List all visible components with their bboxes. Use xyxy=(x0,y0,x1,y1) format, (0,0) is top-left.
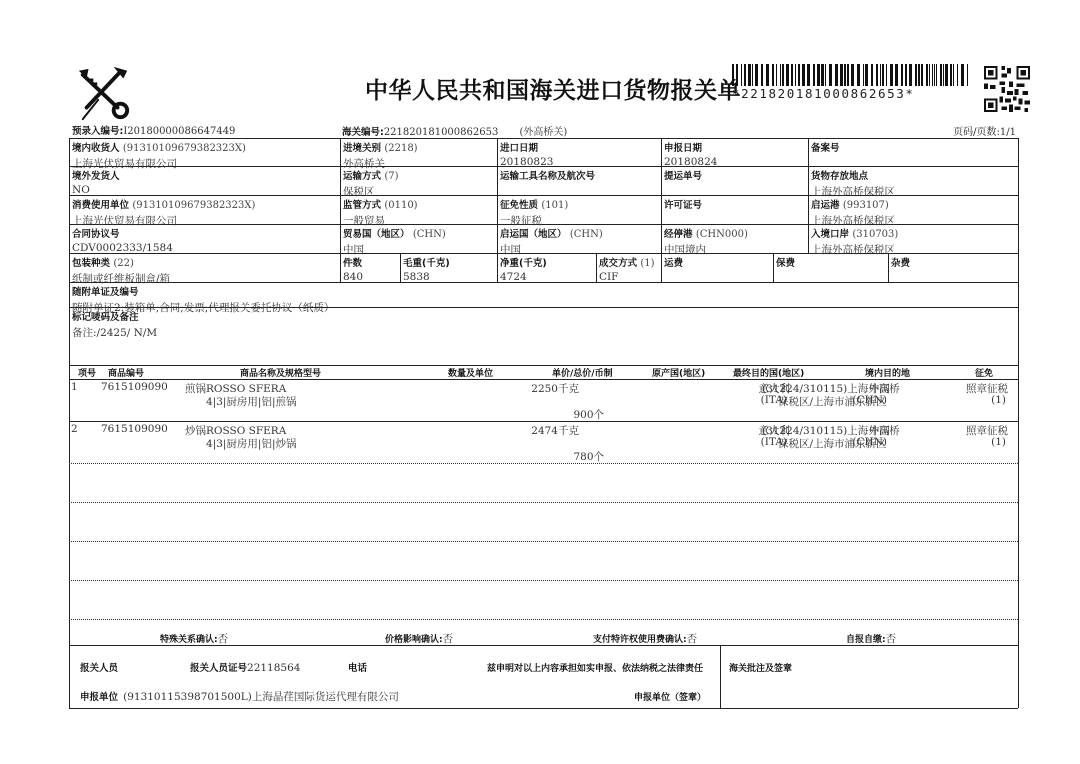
qr-code-icon xyxy=(983,66,1031,112)
barcode-bar xyxy=(926,64,928,86)
field-code: (310703) xyxy=(852,229,898,240)
barcode-bar xyxy=(752,64,753,86)
confirmation-label: 支付特许权使用费确认: xyxy=(593,635,687,645)
confirmation-price-influence: 价格影响确认:否 xyxy=(385,627,453,646)
barcode-bar xyxy=(957,64,958,86)
grid-line xyxy=(497,138,498,253)
barcode-bar xyxy=(890,64,893,86)
field-label-row: 经停港 (CHN000) xyxy=(664,226,748,240)
field-code: (2218) xyxy=(384,143,417,154)
field-code: (91310109679382323X) xyxy=(132,200,255,211)
grid-line xyxy=(69,379,1018,380)
field-label: 毛重(千克) xyxy=(403,255,450,269)
declarant-label: 报关人员 xyxy=(80,663,118,674)
field-transaction-mode: 成交方式 (1)CIF xyxy=(599,255,655,283)
field-value: CIF xyxy=(599,271,655,283)
field-entry-customs: 进境关别 (2218)外高桥关 xyxy=(343,140,418,171)
grid-line xyxy=(69,619,1018,620)
field-code: (993107) xyxy=(843,200,889,211)
field-label: 征免性质 xyxy=(500,200,538,211)
field-label: 保费 xyxy=(776,255,795,269)
field-label: 件数 xyxy=(343,255,363,269)
field-label-row: 贸易国（地区） (CHN) xyxy=(343,226,446,240)
field-label: 境内收货人 xyxy=(72,143,120,154)
field-overseas-shipper: 境外发货人NO xyxy=(72,168,120,196)
barcode-bar xyxy=(748,64,751,86)
field-label: 入境口岸 xyxy=(811,229,849,240)
barcode-bar xyxy=(936,64,937,86)
barcode-bar xyxy=(851,64,854,86)
goods-cell-qty2: 900个 xyxy=(573,407,604,422)
confirmation-royalty: 支付特许权使用费确认:否 xyxy=(593,627,697,646)
goods-column-header: 境内目的地 xyxy=(865,366,910,379)
footer-declarant: 报关人员 xyxy=(80,656,118,675)
barcode-bar xyxy=(776,64,777,86)
barcode xyxy=(732,64,970,86)
barcode-bar xyxy=(782,64,784,86)
field-gross-weight: 毛重(千克)5838 xyxy=(403,255,450,283)
confirmation-value: 否 xyxy=(218,633,229,645)
field-consignee: 境内收货人 (91310109679382323X)上海光伏贸易有限公司 xyxy=(72,140,246,171)
confirmation-value: 否 xyxy=(886,633,897,645)
barcode-bar xyxy=(918,64,920,86)
field-label: 合同协议号 xyxy=(72,226,173,240)
declare-unit-label: 申报单位 xyxy=(80,692,118,703)
footer-declarant-cert: 报关人员证号22118564 xyxy=(190,656,300,675)
footer-seal: 申报单位（签章） xyxy=(634,685,706,704)
grid-line xyxy=(808,138,809,253)
field-contract-no: 合同协议号CDV0002333/1584 xyxy=(72,226,173,254)
field-value: 840 xyxy=(343,271,363,283)
goods-cell-domestic-dest-2: 保税区/上海市浦东新区 xyxy=(778,436,887,451)
field-levy-nature: 征免性质 (101)一般征税 xyxy=(500,197,568,228)
field-label: 运输方式 xyxy=(343,171,381,182)
goods-cell-domestic-dest-2: 保税区/上海市浦东新区 xyxy=(778,394,887,409)
barcode-bar xyxy=(741,64,742,86)
field-code: (101) xyxy=(541,200,568,211)
field-label-row: 启运港 (993107) xyxy=(811,197,895,211)
field-value: 20180824 xyxy=(664,156,717,168)
grid-line xyxy=(69,502,1018,503)
barcode-bar xyxy=(950,64,952,86)
field-label: 经停港 xyxy=(664,229,693,240)
pre-entry-number: 预录入编号:I20180000086647449 xyxy=(72,123,235,137)
field-value: 5838 xyxy=(403,271,450,283)
goods-cell-levy-code: (1) xyxy=(991,436,1006,448)
field-declare-date: 申报日期20180824 xyxy=(664,140,717,168)
declarant-cert-label: 报关人员证号 xyxy=(190,663,247,674)
field-label-row: 境内收货人 (91310109679382323X) xyxy=(72,140,246,154)
goods-column-header: 原产国(地区) xyxy=(652,366,705,379)
barcode-bar xyxy=(882,64,884,86)
field-label-row: 监管方式 (0110) xyxy=(343,197,418,211)
grid-line xyxy=(661,138,662,253)
barcode-bar xyxy=(817,64,820,86)
grid-line xyxy=(888,253,889,282)
grid-line xyxy=(1018,138,1019,708)
customs-number: 海关编号:221820181000862653 (外高桥关) xyxy=(342,123,567,138)
declare-unit-code: (91310115398701500L) xyxy=(123,691,252,703)
goods-column-header: 项号 xyxy=(78,366,96,379)
field-value: 4724 xyxy=(500,271,547,283)
field-misc-fees: 杂费 xyxy=(891,255,910,271)
grid-line xyxy=(720,645,721,708)
barcode-bar xyxy=(821,64,824,86)
field-label-row: 包装种类 (22) xyxy=(72,255,170,269)
field-label-row: 启运国（地区） (CHN) xyxy=(500,226,603,240)
field-label: 申报日期 xyxy=(664,140,717,154)
confirmation-value: 否 xyxy=(443,633,454,645)
barcode-bar xyxy=(786,64,789,86)
field-value: NO xyxy=(72,184,120,196)
barcode-bar xyxy=(967,64,968,86)
field-label: 净重(千克) xyxy=(500,255,547,269)
field-label: 标记唛码及备注 xyxy=(72,309,157,323)
customs-emblem-icon xyxy=(75,65,133,123)
barcode-text: *221820181000862653* xyxy=(732,86,915,101)
field-pieces: 件数840 xyxy=(343,255,363,283)
field-record-no: 备案号 xyxy=(811,140,840,156)
confirmation-label: 价格影响确认: xyxy=(385,635,443,645)
grid-line xyxy=(69,580,1018,581)
barcode-bar xyxy=(905,64,907,86)
field-code: (CHN) xyxy=(570,229,603,240)
barcode-bar xyxy=(901,64,903,86)
field-code: (1) xyxy=(640,258,654,269)
grid-line xyxy=(497,253,498,282)
grid-line xyxy=(69,421,1018,422)
barcode-bar xyxy=(829,64,832,86)
grid-line xyxy=(400,253,401,282)
barcode-bar xyxy=(909,64,912,86)
grid-line xyxy=(69,463,1018,464)
goods-column-header: 商品名称及规格型号 xyxy=(240,366,321,379)
field-departure-port: 启运港 (993107)上海外高桥保税区 xyxy=(811,197,895,228)
barcode-bar xyxy=(943,64,944,86)
field-label: 消费使用单位 xyxy=(72,200,129,211)
barcode-bar xyxy=(921,64,923,86)
field-label: 进境关别 xyxy=(343,143,381,154)
field-label: 包装种类 xyxy=(72,258,110,269)
barcode-bar xyxy=(835,64,838,86)
declare-unit-name: 上海晶荏国际货运代理有限公司 xyxy=(252,691,399,703)
footer-customs-endorse: 海关批注及签章 xyxy=(729,656,792,675)
goods-cell-qty2: 780个 xyxy=(573,449,604,464)
field-bill-of-lading: 提运单号 xyxy=(664,168,702,184)
barcode-bar xyxy=(766,64,769,86)
barcode-bar xyxy=(807,64,810,86)
field-value: 备注:/2425/ N/M xyxy=(72,325,157,340)
field-label: 贸易国（地区） xyxy=(343,229,410,240)
field-label-row: 进境关别 (2218) xyxy=(343,140,418,154)
field-label-row: 入境口岸 (310703) xyxy=(811,226,898,240)
confirmation-label: 自报自缴: xyxy=(846,635,886,645)
field-value: CDV0002333/1584 xyxy=(72,242,173,254)
field-insurance: 保费 xyxy=(776,255,795,271)
field-code: (CHN) xyxy=(413,229,446,240)
seal-label: 申报单位（签章） xyxy=(634,693,706,703)
barcode-bar xyxy=(929,64,930,86)
field-code: (22) xyxy=(113,258,134,269)
field-freight: 运费 xyxy=(664,255,683,271)
field-code: (91310109679382323X) xyxy=(123,143,246,154)
field-value: 20180823 xyxy=(500,156,553,168)
footer-statement: 兹申明对以上内容承担如实申报、依法纳税之法律责任 xyxy=(487,656,703,675)
barcode-bar xyxy=(732,64,734,86)
goods-cell-item-no: 1 xyxy=(71,381,78,393)
grid-line xyxy=(69,708,1018,709)
grid-line xyxy=(661,253,662,282)
grid-line xyxy=(69,541,1018,542)
field-label: 货物存放地点 xyxy=(811,168,895,182)
field-vessel: 运输工具名称及航次号 xyxy=(500,168,595,184)
goods-cell-spec: 4|3|厨房用|铝|炒锅 xyxy=(206,436,297,451)
field-label: 随附单证及编号 xyxy=(72,284,334,298)
barcode-bar xyxy=(880,64,881,86)
footer-declare-unit: 申报单位 (91310115398701500L)上海晶荏国际货运代理有限公司 xyxy=(80,685,399,704)
field-label: 提运单号 xyxy=(664,168,702,182)
barcode-bar xyxy=(876,64,878,86)
barcode-bar xyxy=(772,64,774,86)
field-label-row: 成交方式 (1) xyxy=(599,255,655,269)
barcode-bar xyxy=(871,64,873,86)
page-indicator: 页码/页数:1/1 xyxy=(953,123,1016,138)
field-supervision-mode: 监管方式 (0110)一般贸易 xyxy=(343,197,418,228)
field-label-row: 征免性质 (101) xyxy=(500,197,568,211)
field-license-no: 许可证号 xyxy=(664,197,702,213)
statement: 兹申明对以上内容承担如实申报、依法纳税之法律责任 xyxy=(487,664,703,674)
barcode-bar xyxy=(863,64,864,86)
barcode-bar xyxy=(744,64,746,86)
grid-line xyxy=(596,253,597,282)
barcode-bar xyxy=(791,64,793,86)
field-code: (CHN000) xyxy=(696,229,748,240)
barcode-bar xyxy=(755,64,758,86)
field-consumer-unit: 消费使用单位 (91310109679382323X)上海光伏贸易有限公司 xyxy=(72,197,255,228)
barcode-bar xyxy=(798,64,800,86)
confirmation-special-relation: 特殊关系确认:否 xyxy=(160,627,228,646)
field-value: 上海外高桥保税区 xyxy=(811,242,898,257)
field-departure-country: 启运国（地区） (CHN)中国 xyxy=(500,226,603,257)
barcode-bar xyxy=(736,64,738,86)
phone-label: 电话 xyxy=(348,663,367,674)
barcode-bar xyxy=(934,64,935,86)
field-code: (0110) xyxy=(384,200,417,211)
field-transport-mode: 运输方式 (7)保税区 xyxy=(343,168,399,199)
barcode-bar xyxy=(802,64,805,86)
field-transit-port: 经停港 (CHN000)中国境内 xyxy=(664,226,748,257)
goods-cell-hs-code: 7615109090 xyxy=(101,381,168,393)
barcode-bar xyxy=(886,64,887,86)
grid-line xyxy=(69,138,1018,139)
field-label: 杂费 xyxy=(891,255,910,269)
field-label: 启运国（地区） xyxy=(500,229,567,240)
field-label-row: 消费使用单位 (91310109679382323X) xyxy=(72,197,255,211)
field-label: 备案号 xyxy=(811,140,840,154)
field-label: 许可证号 xyxy=(664,197,702,211)
barcode-bar xyxy=(932,64,933,86)
barcode-bar xyxy=(813,64,815,86)
goods-column-header: 征免 xyxy=(975,366,993,379)
field-label: 启运港 xyxy=(811,200,840,211)
field-package-type: 包装种类 (22)纸制或纤维板制盒/箱 xyxy=(72,255,170,286)
field-net-weight: 净重(千克)4724 xyxy=(500,255,547,283)
goods-table-row: 27615109090炒锅ROSSO SFERA4|3|厨房用|铝|炒锅2474… xyxy=(69,423,1018,463)
confirmation-value: 否 xyxy=(687,633,698,645)
field-marks-remarks: 标记唛码及备注备注:/2425/ N/M xyxy=(72,309,157,340)
grid-line xyxy=(340,138,341,282)
goods-column-header: 单价/总价/币制 xyxy=(552,366,613,379)
barcode-bar xyxy=(915,64,917,86)
barcode-bar xyxy=(945,64,948,86)
goods-cell-levy-code: (1) xyxy=(991,394,1006,406)
confirmation-self-report: 自报自缴:否 xyxy=(846,627,896,646)
barcode-bar xyxy=(857,64,860,86)
barcode-bar xyxy=(840,64,843,86)
field-storage-place: 货物存放地点上海外高桥保税区 xyxy=(811,168,895,199)
field-label: 运费 xyxy=(664,255,683,269)
barcode-bar xyxy=(825,64,826,86)
goods-cell-item-no: 2 xyxy=(71,423,78,435)
customs-endorse-label: 海关批注及签章 xyxy=(729,664,792,674)
barcode-bar xyxy=(847,64,849,86)
goods-column-header: 最终目的国(地区) xyxy=(733,366,804,379)
field-label-row: 运输方式 (7) xyxy=(343,168,399,182)
barcode-bar xyxy=(895,64,898,86)
barcode-bar xyxy=(780,64,781,86)
document-title: 中华人民共和国海关进口货物报关单 xyxy=(365,72,741,105)
declarant-cert-no: 22118564 xyxy=(247,662,300,674)
field-label: 监管方式 xyxy=(343,200,381,211)
goods-cell-qty1: 2474千克 xyxy=(531,423,579,438)
field-label: 境外发货人 xyxy=(72,168,120,182)
barcode-bar xyxy=(961,64,964,86)
field-trade-country: 贸易国（地区） (CHN)中国 xyxy=(343,226,446,257)
barcode-bar xyxy=(761,64,763,86)
footer-phone: 电话 xyxy=(348,656,367,675)
field-code: (7) xyxy=(384,171,398,182)
barcode-bar xyxy=(865,64,868,86)
goods-column-header: 数量及单位 xyxy=(448,366,493,379)
goods-cell-hs-code: 7615109090 xyxy=(101,423,168,435)
barcode-bar xyxy=(795,64,796,86)
goods-cell-qty1: 2250千克 xyxy=(531,381,579,396)
grid-line xyxy=(773,253,774,282)
barcode-bar xyxy=(953,64,954,86)
goods-column-header: 商品编号 xyxy=(108,366,144,379)
field-label: 运输工具名称及航次号 xyxy=(500,168,595,182)
field-label: 进口日期 xyxy=(500,140,553,154)
barcode-bar xyxy=(844,64,846,86)
goods-table-row: 17615109090煎锅ROSSO SFERA4|3|厨房用|铝|煎锅2250… xyxy=(69,381,1018,421)
confirmation-label: 特殊关系确认: xyxy=(160,635,218,645)
field-label: 成交方式 xyxy=(599,258,637,269)
barcode-bar xyxy=(940,64,942,86)
field-import-date: 进口日期20180823 xyxy=(500,140,553,168)
field-entry-port: 入境口岸 (310703)上海外高桥保税区 xyxy=(811,226,898,257)
goods-cell-spec: 4|3|厨房用|铝|煎锅 xyxy=(206,394,297,409)
